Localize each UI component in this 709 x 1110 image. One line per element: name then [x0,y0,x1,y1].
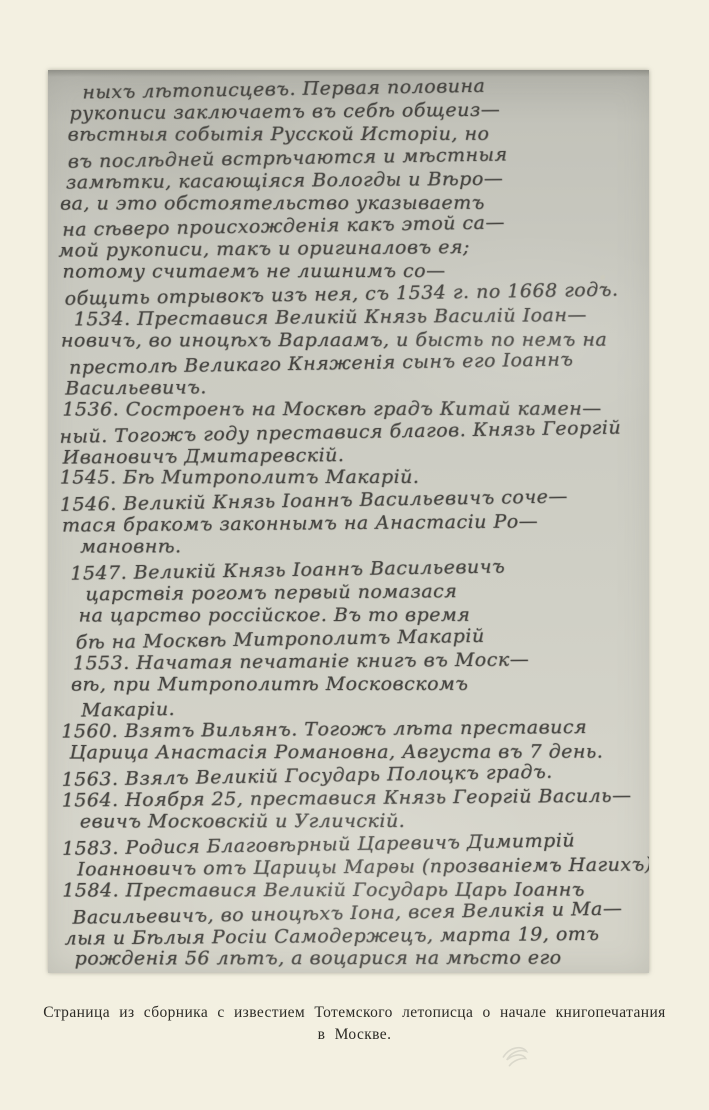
manuscript-line: царствія рогомъ первый помазася [60,578,643,606]
manuscript-photo: ныхъ лѣтописцевъ. Первая половинарукопис… [48,70,649,973]
manuscript-line: 1534. Преставися Великій Князь Василій І… [59,304,642,332]
manuscript-line: 1560. Взятъ Вильянъ. Тогожъ лѣта престав… [61,716,644,744]
caption-line-2: в Москве. [30,1024,679,1046]
manuscript-line: тася бракомъ законнымъ на Анастасіи Ро— [60,510,643,538]
manuscript-line: мой рукописи, такъ и оригиналовъ ея; [58,235,641,263]
manuscript-line: Васильевичъ. [59,372,642,400]
manuscript-line: 1564. Ноября 25, преставися Князь Георгі… [62,785,645,813]
book-page: ныхъ лѣтописцевъ. Первая половинарукопис… [0,0,709,1110]
manuscript-line: замѣтки, касающіяся Вологды и Вѣро— [58,166,641,194]
caption-line-1: Страница из сборника с известием Тотемск… [30,1002,679,1024]
manuscript-line: рукописи заключаетъ въ себѣ общеиз— [57,97,640,125]
manuscript-lines: ныхъ лѣтописцевъ. Первая половинарукопис… [57,75,645,972]
manuscript-line: рожденія 56 лѣтъ, а воцарися на мѣсто ег… [63,947,646,971]
figure-caption: Страница из сборника с известием Тотемск… [30,1002,679,1046]
manuscript-line: Іоанновичъ отъ Царицы Марѳы (прозваніемъ… [62,853,645,881]
manuscript-line: 1553. Начатая печатаніе книгъ въ Моск— [61,647,644,675]
